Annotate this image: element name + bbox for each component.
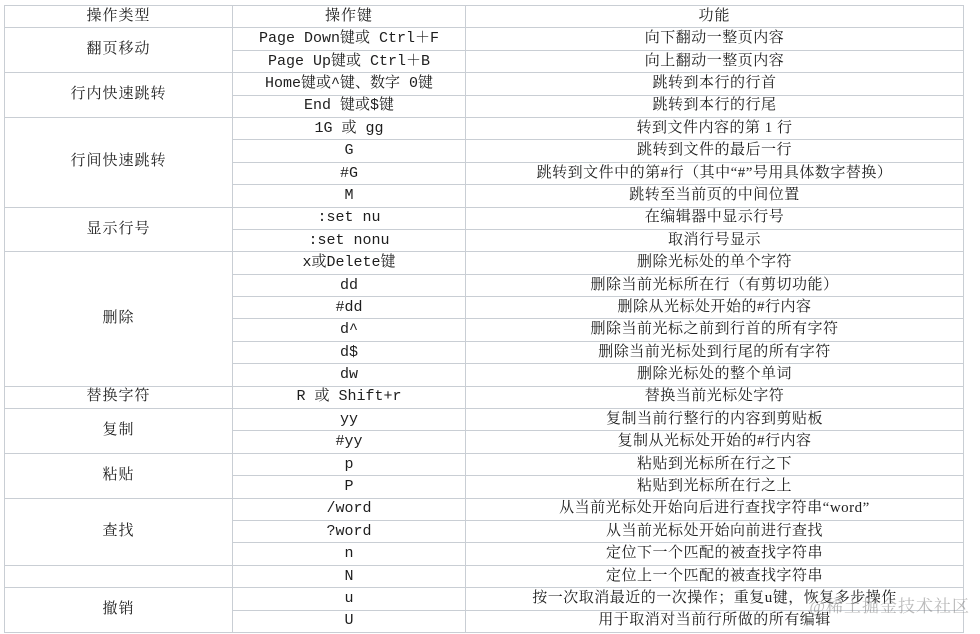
key-cell: ?word (233, 520, 466, 542)
key-cell: Home键或^键、数字 0键 (233, 73, 466, 95)
function-cell: 从当前光标处开始向后进行查找字符串“word” (466, 498, 964, 520)
function-cell: 粘贴到光标所在行之下 (466, 453, 964, 475)
table-row: 行内快速跳转Home键或^键、数字 0键跳转到本行的行首 (5, 73, 964, 95)
function-cell: 跳转到文件的最后一行 (466, 140, 964, 162)
key-cell: #G (233, 162, 466, 184)
function-cell: 跳转到本行的行首 (466, 73, 964, 95)
header-row: 操作类型 操作键 功能 (5, 6, 964, 28)
key-cell: N (233, 565, 466, 587)
category-cell: 复制 (5, 409, 233, 454)
key-cell: p (233, 453, 466, 475)
function-cell: 用于取消对当前行所做的所有编辑 (466, 610, 964, 632)
function-cell: 删除从光标处开始的#行内容 (466, 297, 964, 319)
key-cell: End 键或$键 (233, 95, 466, 117)
key-cell: yy (233, 409, 466, 431)
category-cell: 替换字符 (5, 386, 233, 408)
header-function: 功能 (466, 6, 964, 28)
table-row: 翻页移动Page Down键或 Ctrl＋F向下翻动一整页内容 (5, 28, 964, 50)
category-cell: 删除 (5, 252, 233, 386)
vim-commands-table: 操作类型 操作键 功能 翻页移动Page Down键或 Ctrl＋F向下翻动一整… (4, 5, 964, 633)
table-body: 翻页移动Page Down键或 Ctrl＋F向下翻动一整页内容Page Up键或… (5, 28, 964, 633)
header-operation-type: 操作类型 (5, 6, 233, 28)
function-cell: 删除当前光标所在行（有剪切功能） (466, 274, 964, 296)
key-cell: P (233, 476, 466, 498)
category-cell: 粘贴 (5, 453, 233, 498)
key-cell: d^ (233, 319, 466, 341)
table-row: 行间快速跳转1G 或 gg转到文件内容的第 1 行 (5, 117, 964, 139)
key-cell: d$ (233, 341, 466, 363)
key-cell: G (233, 140, 466, 162)
category-cell: 行间快速跳转 (5, 117, 233, 207)
table-row: 粘贴p粘贴到光标所在行之下 (5, 453, 964, 475)
key-cell: 1G 或 gg (233, 117, 466, 139)
table-row: 复制yy复制当前行整行的内容到剪贴板 (5, 409, 964, 431)
function-cell: 替换当前光标处字符 (466, 386, 964, 408)
function-cell: 复制从光标处开始的#行内容 (466, 431, 964, 453)
function-cell: 删除光标处的整个单词 (466, 364, 964, 386)
category-cell: 翻页移动 (5, 28, 233, 73)
function-cell: 跳转到文件中的第#行（其中“#”号用具体数字替换） (466, 162, 964, 184)
category-cell (5, 565, 233, 587)
key-cell: Page Up键或 Ctrl＋B (233, 50, 466, 72)
key-cell: Page Down键或 Ctrl＋F (233, 28, 466, 50)
key-cell: x或Delete键 (233, 252, 466, 274)
function-cell: 定位下一个匹配的被查找字符串 (466, 543, 964, 565)
function-cell: 按一次取消最近的一次操作；重复u键，恢复多步操作 (466, 588, 964, 610)
table-row: 删除x或Delete键删除光标处的单个字符 (5, 252, 964, 274)
key-cell: n (233, 543, 466, 565)
table-row: N定位上一个匹配的被查找字符串 (5, 565, 964, 587)
function-cell: 跳转到本行的行尾 (466, 95, 964, 117)
vim-commands-table-page: 操作类型 操作键 功能 翻页移动Page Down键或 Ctrl＋F向下翻动一整… (0, 0, 980, 634)
key-cell: :set nonu (233, 229, 466, 251)
function-cell: 在编辑器中显示行号 (466, 207, 964, 229)
function-cell: 转到文件内容的第 1 行 (466, 117, 964, 139)
function-cell: 定位上一个匹配的被查找字符串 (466, 565, 964, 587)
function-cell: 删除当前光标之前到行首的所有字符 (466, 319, 964, 341)
category-cell: 行内快速跳转 (5, 73, 233, 118)
key-cell: R 或 Shift+r (233, 386, 466, 408)
function-cell: 向下翻动一整页内容 (466, 28, 964, 50)
key-cell: :set nu (233, 207, 466, 229)
function-cell: 复制当前行整行的内容到剪贴板 (466, 409, 964, 431)
key-cell: dw (233, 364, 466, 386)
key-cell: M (233, 185, 466, 207)
key-cell: #dd (233, 297, 466, 319)
function-cell: 跳转至当前页的中间位置 (466, 185, 964, 207)
key-cell: #yy (233, 431, 466, 453)
category-cell: 显示行号 (5, 207, 233, 252)
key-cell: /word (233, 498, 466, 520)
category-cell: 查找 (5, 498, 233, 565)
function-cell: 删除当前光标处到行尾的所有字符 (466, 341, 964, 363)
category-cell: 撤销 (5, 588, 233, 633)
key-cell: dd (233, 274, 466, 296)
table-row: 查找/word从当前光标处开始向后进行查找字符串“word” (5, 498, 964, 520)
key-cell: U (233, 610, 466, 632)
header-operation-key: 操作键 (233, 6, 466, 28)
function-cell: 粘贴到光标所在行之上 (466, 476, 964, 498)
table-row: 替换字符R 或 Shift+r替换当前光标处字符 (5, 386, 964, 408)
table-row: 撤销u按一次取消最近的一次操作；重复u键，恢复多步操作 (5, 588, 964, 610)
function-cell: 删除光标处的单个字符 (466, 252, 964, 274)
function-cell: 向上翻动一整页内容 (466, 50, 964, 72)
key-cell: u (233, 588, 466, 610)
table-row: 显示行号:set nu在编辑器中显示行号 (5, 207, 964, 229)
function-cell: 取消行号显示 (466, 229, 964, 251)
function-cell: 从当前光标处开始向前进行查找 (466, 520, 964, 542)
